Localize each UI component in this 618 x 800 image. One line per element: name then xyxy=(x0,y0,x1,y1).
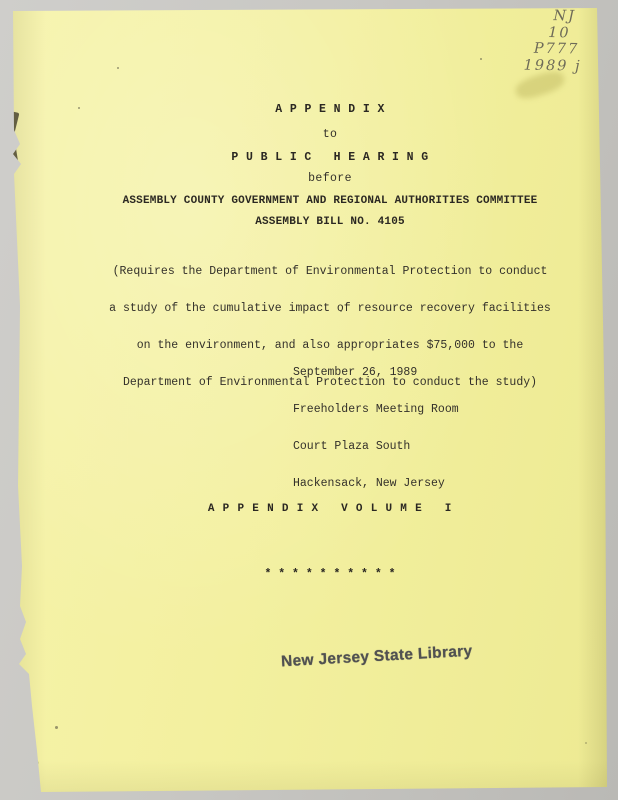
call-number: NJ 10 P777 1989 j xyxy=(514,7,582,74)
committee-name: ASSEMBLY COUNTY GOVERNMENT AND REGIONAL … xyxy=(40,195,618,207)
hearing-details: September 26, 1989 Freeholders Meeting R… xyxy=(293,342,459,516)
library-stamp: New Jersey State Library xyxy=(281,643,473,672)
call-number-line: NJ xyxy=(553,8,582,25)
call-number-line: P777 xyxy=(534,41,582,58)
separator-stars: * * * * * * * * * * xyxy=(40,568,618,581)
tear-mark xyxy=(7,142,19,169)
scanner-background: NJ 10 P777 1989 j A P P E N D I X to P U… xyxy=(0,0,618,800)
speck xyxy=(55,726,58,729)
speck xyxy=(480,58,482,60)
title-public-hearing: P U B L I C H E A R I N G xyxy=(40,151,618,164)
hearing-date: September 26, 1989 xyxy=(293,367,459,379)
synopsis-line: a study of the cumulative impact of reso… xyxy=(40,303,618,315)
tear-mark xyxy=(8,111,20,133)
title-appendix: A P P E N D I X xyxy=(40,103,618,116)
call-number-line: 10 xyxy=(548,24,582,41)
hearing-building: Court Plaza South xyxy=(293,441,459,453)
hearing-city: Hackensack, New Jersey xyxy=(293,478,459,490)
synopsis-line: (Requires the Department of Environmenta… xyxy=(40,266,618,278)
volume-title: A P P E N D I X V O L U M E I xyxy=(40,503,618,515)
handwritten-page-number: 2 xyxy=(26,755,43,780)
speck xyxy=(117,67,119,69)
scanned-page: NJ 10 P777 1989 j A P P E N D I X to P U… xyxy=(10,6,608,792)
speck xyxy=(585,742,587,744)
title-to: to xyxy=(40,128,618,141)
hearing-room: Freeholders Meeting Room xyxy=(293,404,459,416)
title-before: before xyxy=(40,172,618,185)
bill-number: ASSEMBLY BILL NO. 4105 xyxy=(40,216,618,228)
